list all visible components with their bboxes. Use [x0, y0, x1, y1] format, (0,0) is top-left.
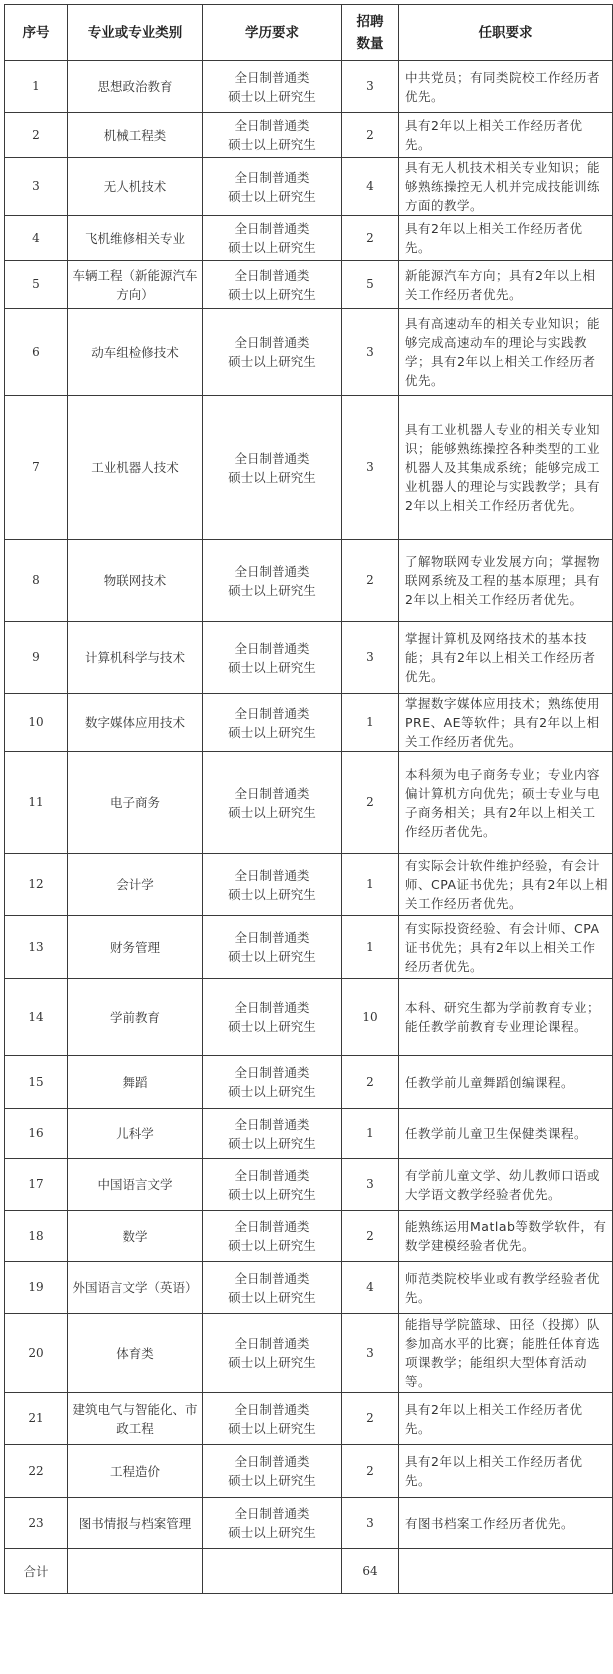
- cell-count: 1: [342, 1109, 399, 1159]
- education-line1: 全日制普通类: [203, 784, 341, 803]
- education-line1: 全日制普通类: [203, 928, 341, 947]
- header-count: 招聘 数量: [342, 5, 399, 61]
- cell-education: 全日制普通类 硕士以上研究生: [203, 1393, 342, 1445]
- cell-count: 2: [342, 113, 399, 158]
- cell-education: 全日制普通类 硕士以上研究生: [203, 158, 342, 216]
- education-line1: 全日制普通类: [203, 219, 341, 238]
- cell-requirements: 掌握数字媒体应用技术；熟练使用PRE、AE等软件；具有2年以上相关工作经历者优先…: [399, 694, 613, 752]
- cell-index: 11: [5, 752, 68, 854]
- header-count-line1: 招聘: [342, 11, 398, 33]
- education-line2: 硕士以上研究生: [203, 1353, 341, 1372]
- table-row: 21 建筑电气与智能化、市政工程 全日制普通类 硕士以上研究生 2 具有2年以上…: [5, 1393, 613, 1445]
- cell-requirements: 具有无人机技术相关专业知识；能够熟练操控无人机并完成技能训练方面的教学。: [399, 158, 613, 216]
- education-line2: 硕士以上研究生: [203, 581, 341, 600]
- education-line1: 全日制普通类: [203, 1217, 341, 1236]
- cell-index: 5: [5, 261, 68, 309]
- cell-count: 4: [342, 1262, 399, 1314]
- cell-education: 全日制普通类 硕士以上研究生: [203, 1262, 342, 1314]
- cell-count: 2: [342, 1445, 399, 1498]
- education-line1: 全日制普通类: [203, 449, 341, 468]
- cell-major: 外国语言文学（英语）: [68, 1262, 203, 1314]
- header-count-line2: 数量: [342, 33, 398, 55]
- cell-major: 工程造价: [68, 1445, 203, 1498]
- recruitment-table: 序号 专业或专业类别 学历要求 招聘 数量 任职要求 1 思想政治教育 全日制普…: [4, 4, 613, 1594]
- table-row: 14 学前教育 全日制普通类 硕士以上研究生 10 本科、研究生都为学前教育专业…: [5, 979, 613, 1056]
- education-line2: 硕士以上研究生: [203, 187, 341, 206]
- cell-major: 动车组检修技术: [68, 309, 203, 396]
- cell-requirements: 中共党员；有同类院校工作经历者优先。: [399, 61, 613, 113]
- cell-requirements: 了解物联网专业发展方向；掌握物联网系统及工程的基本原理；具有2年以上相关工作经历…: [399, 540, 613, 622]
- cell-major: 飞机维修相关专业: [68, 216, 203, 261]
- cell-education: 全日制普通类 硕士以上研究生: [203, 396, 342, 540]
- table-header-row: 序号 专业或专业类别 学历要求 招聘 数量 任职要求: [5, 5, 613, 61]
- table-row: 7 工业机器人技术 全日制普通类 硕士以上研究生 3 具有工业机器人专业的相关专…: [5, 396, 613, 540]
- education-line1: 全日制普通类: [203, 1504, 341, 1523]
- table-row: 22 工程造价 全日制普通类 硕士以上研究生 2 具有2年以上相关工作经历者优先…: [5, 1445, 613, 1498]
- cell-count: 2: [342, 540, 399, 622]
- table-row: 4 飞机维修相关专业 全日制普通类 硕士以上研究生 2 具有2年以上相关工作经历…: [5, 216, 613, 261]
- table-row: 23 图书情报与档案管理 全日制普通类 硕士以上研究生 3 有图书档案工作经历者…: [5, 1498, 613, 1549]
- education-line2: 硕士以上研究生: [203, 87, 341, 106]
- cell-index: 20: [5, 1314, 68, 1393]
- cell-count: 3: [342, 1498, 399, 1549]
- cell-education: 全日制普通类 硕士以上研究生: [203, 694, 342, 752]
- cell-index: 17: [5, 1159, 68, 1211]
- cell-requirements: 任教学前儿童卫生保健类课程。: [399, 1109, 613, 1159]
- cell-index: 15: [5, 1056, 68, 1109]
- cell-requirements: 具有2年以上相关工作经历者优先。: [399, 1445, 613, 1498]
- table-row: 20 体育类 全日制普通类 硕士以上研究生 3 能指导学院篮球、田径（投掷）队参…: [5, 1314, 613, 1393]
- cell-requirements: 具有2年以上相关工作经历者优先。: [399, 113, 613, 158]
- total-empty-major: [68, 1549, 203, 1594]
- education-line1: 全日制普通类: [203, 333, 341, 352]
- table-row: 3 无人机技术 全日制普通类 硕士以上研究生 4 具有无人机技术相关专业知识；能…: [5, 158, 613, 216]
- cell-count: 2: [342, 1393, 399, 1445]
- education-line2: 硕士以上研究生: [203, 285, 341, 304]
- education-line2: 硕士以上研究生: [203, 947, 341, 966]
- header-requirements: 任职要求: [399, 5, 613, 61]
- table-row: 9 计算机科学与技术 全日制普通类 硕士以上研究生 3 掌握计算机及网络技术的基…: [5, 622, 613, 694]
- cell-education: 全日制普通类 硕士以上研究生: [203, 1109, 342, 1159]
- cell-major: 中国语言文学: [68, 1159, 203, 1211]
- cell-education: 全日制普通类 硕士以上研究生: [203, 979, 342, 1056]
- education-line2: 硕士以上研究生: [203, 885, 341, 904]
- cell-major: 数字媒体应用技术: [68, 694, 203, 752]
- education-line2: 硕士以上研究生: [203, 1419, 341, 1438]
- cell-requirements: 有学前儿童文学、幼儿教师口语或大学语文教学经验者优先。: [399, 1159, 613, 1211]
- cell-major: 无人机技术: [68, 158, 203, 216]
- cell-count: 10: [342, 979, 399, 1056]
- cell-requirements: 具有高速动车的相关专业知识；能够完成高速动车的理论与实践教学；具有2年以上相关工…: [399, 309, 613, 396]
- education-line1: 全日制普通类: [203, 1115, 341, 1134]
- cell-major: 建筑电气与智能化、市政工程: [68, 1393, 203, 1445]
- cell-major: 数学: [68, 1211, 203, 1262]
- education-line2: 硕士以上研究生: [203, 1523, 341, 1542]
- cell-requirements: 有图书档案工作经历者优先。: [399, 1498, 613, 1549]
- education-line2: 硕士以上研究生: [203, 1017, 341, 1036]
- cell-requirements: 具有工业机器人专业的相关专业知识；能够熟练操控各种类型的工业机器人及其集成系统；…: [399, 396, 613, 540]
- cell-education: 全日制普通类 硕士以上研究生: [203, 309, 342, 396]
- cell-education: 全日制普通类 硕士以上研究生: [203, 752, 342, 854]
- recruitment-table-container: 序号 专业或专业类别 学历要求 招聘 数量 任职要求 1 思想政治教育 全日制普…: [4, 4, 613, 1594]
- education-line2: 硕士以上研究生: [203, 1082, 341, 1101]
- table-row: 10 数字媒体应用技术 全日制普通类 硕士以上研究生 1 掌握数字媒体应用技术；…: [5, 694, 613, 752]
- cell-major: 思想政治教育: [68, 61, 203, 113]
- cell-requirements: 掌握计算机及网络技术的基本技能；具有2年以上相关工作经历者优先。: [399, 622, 613, 694]
- cell-count: 1: [342, 854, 399, 916]
- cell-index: 23: [5, 1498, 68, 1549]
- cell-count: 1: [342, 916, 399, 979]
- cell-major: 体育类: [68, 1314, 203, 1393]
- education-line1: 全日制普通类: [203, 866, 341, 885]
- table-row: 16 儿科学 全日制普通类 硕士以上研究生 1 任教学前儿童卫生保健类课程。: [5, 1109, 613, 1159]
- education-line2: 硕士以上研究生: [203, 1236, 341, 1255]
- table-body: 1 思想政治教育 全日制普通类 硕士以上研究生 3 中共党员；有同类院校工作经历…: [5, 61, 613, 1594]
- cell-count: 5: [342, 261, 399, 309]
- cell-major: 舞蹈: [68, 1056, 203, 1109]
- cell-count: 3: [342, 61, 399, 113]
- education-line1: 全日制普通类: [203, 1400, 341, 1419]
- cell-requirements: 本科须为电子商务专业；专业内容偏计算机方向优先；硕士专业与电子商务相关；具有2年…: [399, 752, 613, 854]
- table-row: 13 财务管理 全日制普通类 硕士以上研究生 1 有实际投资经验、有会计师、CP…: [5, 916, 613, 979]
- total-empty-education: [203, 1549, 342, 1594]
- cell-education: 全日制普通类 硕士以上研究生: [203, 1159, 342, 1211]
- cell-index: 6: [5, 309, 68, 396]
- table-row: 19 外国语言文学（英语） 全日制普通类 硕士以上研究生 4 师范类院校毕业或有…: [5, 1262, 613, 1314]
- cell-index: 19: [5, 1262, 68, 1314]
- education-line1: 全日制普通类: [203, 1269, 341, 1288]
- cell-education: 全日制普通类 硕士以上研究生: [203, 1211, 342, 1262]
- education-line1: 全日制普通类: [203, 562, 341, 581]
- cell-major: 财务管理: [68, 916, 203, 979]
- cell-education: 全日制普通类 硕士以上研究生: [203, 622, 342, 694]
- cell-major: 会计学: [68, 854, 203, 916]
- cell-education: 全日制普通类 硕士以上研究生: [203, 216, 342, 261]
- cell-education: 全日制普通类 硕士以上研究生: [203, 1314, 342, 1393]
- cell-index: 14: [5, 979, 68, 1056]
- cell-index: 3: [5, 158, 68, 216]
- education-line2: 硕士以上研究生: [203, 1185, 341, 1204]
- cell-major: 物联网技术: [68, 540, 203, 622]
- cell-index: 8: [5, 540, 68, 622]
- cell-count: 3: [342, 1159, 399, 1211]
- table-row: 8 物联网技术 全日制普通类 硕士以上研究生 2 了解物联网专业发展方向；掌握物…: [5, 540, 613, 622]
- table-total-row: 合计 64: [5, 1549, 613, 1594]
- cell-count: 2: [342, 1056, 399, 1109]
- cell-major: 图书情报与档案管理: [68, 1498, 203, 1549]
- cell-count: 2: [342, 216, 399, 261]
- education-line1: 全日制普通类: [203, 1166, 341, 1185]
- cell-requirements: 师范类院校毕业或有教学经验者优先。: [399, 1262, 613, 1314]
- cell-count: 3: [342, 1314, 399, 1393]
- cell-count: 1: [342, 694, 399, 752]
- header-education: 学历要求: [203, 5, 342, 61]
- cell-index: 9: [5, 622, 68, 694]
- education-line2: 硕士以上研究生: [203, 238, 341, 257]
- cell-education: 全日制普通类 硕士以上研究生: [203, 854, 342, 916]
- education-line2: 硕士以上研究生: [203, 352, 341, 371]
- total-count: 64: [342, 1549, 399, 1594]
- cell-requirements: 有实际投资经验、有会计师、CPA证书优先；具有2年以上相关工作经历者优先。: [399, 916, 613, 979]
- education-line2: 硕士以上研究生: [203, 658, 341, 677]
- cell-education: 全日制普通类 硕士以上研究生: [203, 261, 342, 309]
- education-line2: 硕士以上研究生: [203, 1471, 341, 1490]
- table-row: 6 动车组检修技术 全日制普通类 硕士以上研究生 3 具有高速动车的相关专业知识…: [5, 309, 613, 396]
- cell-index: 13: [5, 916, 68, 979]
- cell-requirements: 具有2年以上相关工作经历者优先。: [399, 1393, 613, 1445]
- table-row: 5 车辆工程（新能源汽车方向） 全日制普通类 硕士以上研究生 5 新能源汽车方向…: [5, 261, 613, 309]
- cell-requirements: 能指导学院篮球、田径（投掷）队参加高水平的比赛；能胜任体育选项课教学；能组织大型…: [399, 1314, 613, 1393]
- cell-requirements: 本科、研究生都为学前教育专业；能任教学前教育专业理论课程。: [399, 979, 613, 1056]
- table-row: 18 数学 全日制普通类 硕士以上研究生 2 能熟练运用Matlab等数学软件，…: [5, 1211, 613, 1262]
- total-label: 合计: [5, 1549, 68, 1594]
- cell-index: 18: [5, 1211, 68, 1262]
- cell-education: 全日制普通类 硕士以上研究生: [203, 1056, 342, 1109]
- education-line2: 硕士以上研究生: [203, 1134, 341, 1153]
- education-line1: 全日制普通类: [203, 168, 341, 187]
- cell-index: 16: [5, 1109, 68, 1159]
- cell-education: 全日制普通类 硕士以上研究生: [203, 916, 342, 979]
- cell-education: 全日制普通类 硕士以上研究生: [203, 113, 342, 158]
- table-row: 17 中国语言文学 全日制普通类 硕士以上研究生 3 有学前儿童文学、幼儿教师口…: [5, 1159, 613, 1211]
- cell-index: 2: [5, 113, 68, 158]
- total-empty-requirements: [399, 1549, 613, 1594]
- cell-count: 2: [342, 1211, 399, 1262]
- cell-education: 全日制普通类 硕士以上研究生: [203, 1498, 342, 1549]
- cell-index: 21: [5, 1393, 68, 1445]
- header-index: 序号: [5, 5, 68, 61]
- cell-index: 12: [5, 854, 68, 916]
- cell-requirements: 任教学前儿童舞蹈创编课程。: [399, 1056, 613, 1109]
- education-line1: 全日制普通类: [203, 1063, 341, 1082]
- education-line1: 全日制普通类: [203, 704, 341, 723]
- cell-index: 1: [5, 61, 68, 113]
- education-line1: 全日制普通类: [203, 116, 341, 135]
- cell-index: 10: [5, 694, 68, 752]
- cell-requirements: 有实际会计软件维护经验，有会计师、CPA证书优先；具有2年以上相关工作经历者优先…: [399, 854, 613, 916]
- cell-major: 机械工程类: [68, 113, 203, 158]
- cell-major: 计算机科学与技术: [68, 622, 203, 694]
- cell-education: 全日制普通类 硕士以上研究生: [203, 61, 342, 113]
- cell-index: 22: [5, 1445, 68, 1498]
- cell-major: 电子商务: [68, 752, 203, 854]
- cell-major: 工业机器人技术: [68, 396, 203, 540]
- cell-count: 4: [342, 158, 399, 216]
- cell-count: 2: [342, 752, 399, 854]
- cell-count: 3: [342, 622, 399, 694]
- education-line1: 全日制普通类: [203, 1334, 341, 1353]
- cell-major: 儿科学: [68, 1109, 203, 1159]
- cell-major: 学前教育: [68, 979, 203, 1056]
- cell-index: 7: [5, 396, 68, 540]
- education-line2: 硕士以上研究生: [203, 1288, 341, 1307]
- header-major: 专业或专业类别: [68, 5, 203, 61]
- cell-index: 4: [5, 216, 68, 261]
- cell-requirements: 具有2年以上相关工作经历者优先。: [399, 216, 613, 261]
- education-line2: 硕士以上研究生: [203, 468, 341, 487]
- education-line1: 全日制普通类: [203, 1452, 341, 1471]
- table-row: 2 机械工程类 全日制普通类 硕士以上研究生 2 具有2年以上相关工作经历者优先…: [5, 113, 613, 158]
- cell-count: 3: [342, 396, 399, 540]
- education-line1: 全日制普通类: [203, 68, 341, 87]
- education-line1: 全日制普通类: [203, 266, 341, 285]
- cell-major: 车辆工程（新能源汽车方向）: [68, 261, 203, 309]
- cell-requirements: 新能源汽车方向；具有2年以上相关工作经历者优先。: [399, 261, 613, 309]
- table-row: 11 电子商务 全日制普通类 硕士以上研究生 2 本科须为电子商务专业；专业内容…: [5, 752, 613, 854]
- table-row: 1 思想政治教育 全日制普通类 硕士以上研究生 3 中共党员；有同类院校工作经历…: [5, 61, 613, 113]
- education-line2: 硕士以上研究生: [203, 723, 341, 742]
- cell-education: 全日制普通类 硕士以上研究生: [203, 1445, 342, 1498]
- table-row: 12 会计学 全日制普通类 硕士以上研究生 1 有实际会计软件维护经验，有会计师…: [5, 854, 613, 916]
- cell-requirements: 能熟练运用Matlab等数学软件，有数学建模经验者优先。: [399, 1211, 613, 1262]
- cell-count: 3: [342, 309, 399, 396]
- education-line1: 全日制普通类: [203, 639, 341, 658]
- education-line1: 全日制普通类: [203, 998, 341, 1017]
- education-line2: 硕士以上研究生: [203, 135, 341, 154]
- table-row: 15 舞蹈 全日制普通类 硕士以上研究生 2 任教学前儿童舞蹈创编课程。: [5, 1056, 613, 1109]
- cell-education: 全日制普通类 硕士以上研究生: [203, 540, 342, 622]
- education-line2: 硕士以上研究生: [203, 803, 341, 822]
